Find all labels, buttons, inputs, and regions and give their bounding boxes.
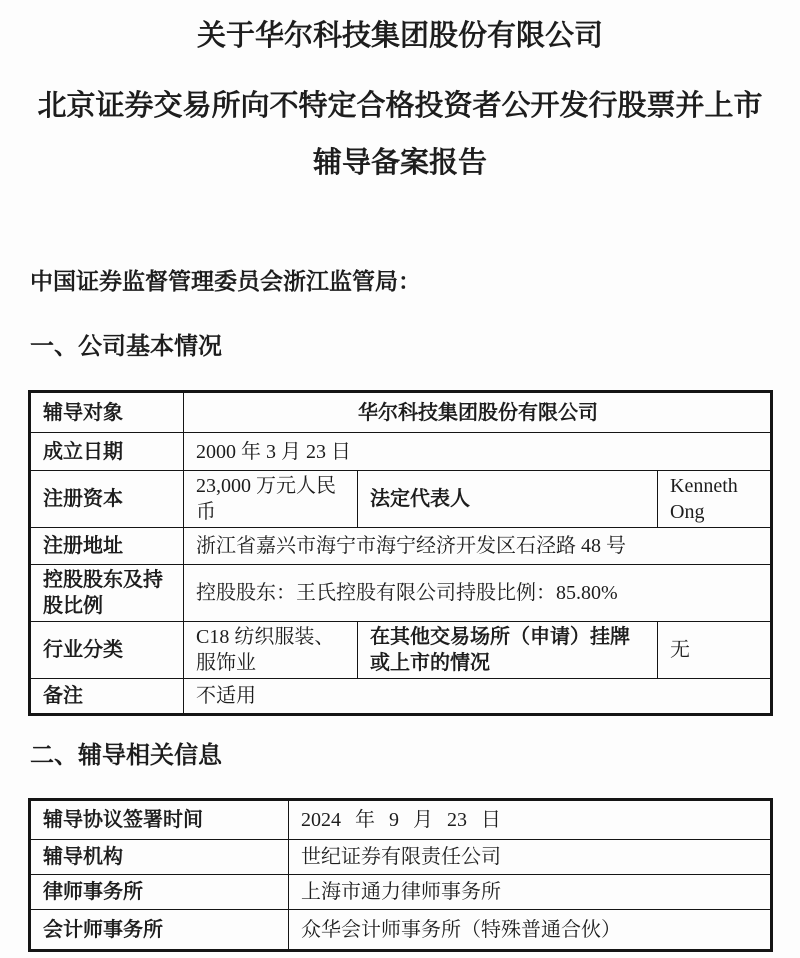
value-controlling-shareholder: 控股股东：王氏控股有限公司持股比例：85.80% [184,565,772,622]
label-law-firm: 律师事务所 [30,875,289,910]
table-row: 行业分类 C18 纺织服装、服饰业 在其他交易场所（申请）挂牌或上市的情况 无 [30,622,772,679]
section-1-heading: 一、公司基本情况 [30,332,770,362]
label-agreement-sign-date: 辅导协议签署时间 [30,800,289,840]
label-tutoring-target: 辅导对象 [30,392,184,433]
table-row: 律师事务所 上海市通力律师事务所 [30,875,772,910]
label-remark: 备注 [30,679,184,715]
label-establish-date: 成立日期 [30,433,184,471]
addressee-line: 中国证券监督管理委员会浙江监管局： [30,266,770,296]
company-info-table: 辅导对象 华尔科技集团股份有限公司 成立日期 2000 年 3 月 23 日 注… [28,390,773,716]
value-registered-capital: 23,000 万元人民币 [184,471,358,528]
label-industry: 行业分类 [30,622,184,679]
value-accounting-firm: 众华会计师事务所（特殊普通合伙） [289,910,772,951]
value-tutoring-target: 华尔科技集团股份有限公司 [184,392,772,433]
table-row: 备注 不适用 [30,679,772,715]
label-controlling-shareholder: 控股股东及持股比例 [30,565,184,622]
section-2-heading: 二、辅导相关信息 [30,741,770,771]
table-row: 辅导协议签署时间 2024 年 9 月 23 日 [30,800,772,840]
label-registered-capital: 注册资本 [30,471,184,528]
value-tutoring-institution: 世纪证券有限责任公司 [289,840,772,875]
table-row: 会计师事务所 众华会计师事务所（特殊普通合伙） [30,910,772,951]
label-registered-address: 注册地址 [30,528,184,565]
value-registered-address: 浙江省嘉兴市海宁市海宁经济开发区石泾路 48 号 [184,528,772,565]
doc-title-line-1: 关于华尔科技集团股份有限公司 [30,20,770,52]
table-row: 控股股东及持股比例 控股股东：王氏控股有限公司持股比例：85.80% [30,565,772,622]
value-legal-representative: Kenneth Ong [658,471,772,528]
value-law-firm: 上海市通力律师事务所 [289,875,772,910]
label-other-listing: 在其他交易场所（申请）挂牌或上市的情况 [358,622,658,679]
value-agreement-sign-date: 2024 年 9 月 23 日 [289,800,772,840]
doc-title-line-2: 北京证券交易所向不特定合格投资者公开发行股票并上市 [30,90,770,122]
value-other-listing: 无 [658,622,772,679]
doc-title-line-3: 辅导备案报告 [30,147,770,179]
table-row: 成立日期 2000 年 3 月 23 日 [30,433,772,471]
label-legal-representative: 法定代表人 [358,471,658,528]
table-row: 辅导对象 华尔科技集团股份有限公司 [30,392,772,433]
table-row: 辅导机构 世纪证券有限责任公司 [30,840,772,875]
label-tutoring-institution: 辅导机构 [30,840,289,875]
value-remark: 不适用 [184,679,772,715]
table-row: 注册地址 浙江省嘉兴市海宁市海宁经济开发区石泾路 48 号 [30,528,772,565]
value-establish-date: 2000 年 3 月 23 日 [184,433,772,471]
table-row: 注册资本 23,000 万元人民币 法定代表人 Kenneth Ong [30,471,772,528]
label-accounting-firm: 会计师事务所 [30,910,289,951]
value-industry: C18 纺织服装、服饰业 [184,622,358,679]
tutoring-info-table: 辅导协议签署时间 2024 年 9 月 23 日 辅导机构 世纪证券有限责任公司… [28,798,773,952]
document-page: 关于华尔科技集团股份有限公司 北京证券交易所向不特定合格投资者公开发行股票并上市… [0,0,800,958]
